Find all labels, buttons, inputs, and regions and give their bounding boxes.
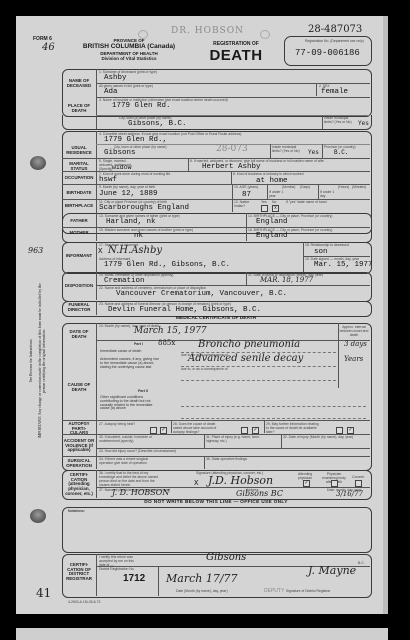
section-label-mother: MOTHER <box>63 231 95 236</box>
part1-label: Part I <box>134 343 143 347</box>
section-label-place: PLACE OF DEATH <box>63 104 95 113</box>
section-label-informant: INFORMANT <box>63 254 95 259</box>
field-label: 29. May further information relating to … <box>266 422 321 434</box>
further-info-yes-checkbox[interactable] <box>336 427 343 434</box>
field-label: If under 1 day <box>320 190 338 198</box>
section-label-registrar: CERTIFI-CATION OF DISTRICT REGISTRAR <box>63 563 95 582</box>
marital-status-value: widow <box>112 164 132 171</box>
field-label: Inside municipal limits? (Yes or No) <box>324 116 354 124</box>
father-name-value: Harland, nk <box>106 218 156 226</box>
interval-b-value: Years <box>344 355 363 363</box>
birthdate-value: June 12, 1889 <box>99 190 158 198</box>
field-label: 33. How did injury occur? (Describe circ… <box>99 449 176 453</box>
sex-value: female <box>321 88 348 96</box>
section-label-father: FATHER <box>63 219 95 224</box>
handwritten-reg-number: 28-487073 <box>308 24 362 35</box>
field-label: 9. Month (by name), day, year of birth <box>99 185 155 189</box>
field-label: 36. I certify that to the best of my kno… <box>99 471 164 487</box>
handwritten-residence-code: 28-073 <box>216 144 248 154</box>
field-label: 28. Does the cause of death stated above… <box>173 422 223 434</box>
section-label-disposition: DISPOSITION <box>63 284 95 289</box>
registration-number-box: Registration No. (Department use only) 7… <box>284 36 372 66</box>
field-label: If "yes" state name of band <box>286 200 326 204</box>
form-title: DEATH <box>196 47 276 64</box>
certification-date-value: 3/16/77 <box>336 490 363 498</box>
district-registration-number: 1712 <box>123 573 145 584</box>
residence-city-value: Gibsons <box>104 149 136 157</box>
field-label: 10. AGE (years) <box>234 185 258 189</box>
next-page-edge <box>16 628 388 640</box>
part2-label: Part II <box>138 390 148 394</box>
mother-name-value: nk <box>134 232 143 240</box>
autopsy-yes-checkbox[interactable] <box>150 427 157 434</box>
field-label: 15. Maiden surname and given names of mo… <box>99 228 193 232</box>
issuer-block: PROVINCE OF BRITISH COLUMBIA (Canada) DE… <box>74 38 184 61</box>
field-label: B.C. <box>358 561 365 565</box>
handwritten-doctor-name: DR. HOBSON <box>171 26 244 36</box>
field-label: 35. State operative findings <box>206 457 247 461</box>
field-label: No <box>272 200 276 204</box>
death-city-value: Gibsons, B.C. <box>128 120 187 128</box>
findings-no-checkbox[interactable]: ✓ <box>252 427 259 434</box>
occupation-value: hswf <box>99 176 117 184</box>
age-value: 87 <box>242 191 251 199</box>
field-label: 12. Native Indian? <box>234 200 252 208</box>
physician-address-value: Gibsons BC <box>236 489 283 498</box>
residence-inside-value: Yes <box>308 149 319 156</box>
binder-hole <box>30 156 46 170</box>
field-label: Date (Month (by name), day, year) <box>176 589 228 593</box>
punch-mark <box>260 30 270 39</box>
notations-label: Notations: <box>68 509 85 513</box>
coroner-checkbox[interactable] <box>355 480 362 487</box>
disposition-date-value: MAR. 18, 1977 <box>260 276 313 284</box>
registrar-signature: J. Mayne <box>308 564 356 577</box>
spouse-name-value: Herbert Ashby <box>202 163 261 171</box>
margin-note-important: IMPORTANT: Any change or correction made… <box>38 281 47 441</box>
field-label: (Months) <box>282 185 295 189</box>
physician-signature: J.D. Hobson <box>208 474 273 487</box>
cemetery-value: Vancouver Crematorium, Vancouver, B.C. <box>116 290 287 298</box>
further-info-no-checkbox[interactable]: ✓ <box>347 427 354 434</box>
native-no-checkbox[interactable]: x <box>272 205 279 212</box>
birthplace-value: Scarboroughs England <box>99 204 189 212</box>
native-yes-checkbox[interactable] <box>261 205 268 212</box>
place-of-death-value: 1779 Glen Rd. <box>112 102 171 110</box>
handwritten-margin-number: 963 <box>28 246 43 255</box>
inside-limits-value: Yes <box>358 120 369 127</box>
funeral-director-value: Devlin Funeral Home, Gibsons, B.C. <box>108 306 261 314</box>
other-conditions-label: Other significant conditions contributin… <box>100 396 160 411</box>
registration-date-value: March 17/77 <box>166 572 238 585</box>
field-label: 18. Relationship to deceased <box>305 243 349 247</box>
interval-a-value: 3 days <box>344 340 367 348</box>
section-label-name: NAME OF DECEASED <box>63 79 95 88</box>
province-name: BRITISH COLUMBIA (Canada) <box>74 43 184 50</box>
notations-box <box>62 507 372 553</box>
residence-province-value: B.C. <box>334 149 348 156</box>
field-label: due to, or as a consequence of <box>181 367 228 371</box>
death-registration-form: FORM 6 46 PROVINCE OF BRITISH COLUMBIA (… <box>16 16 388 614</box>
field-label: Yes <box>261 200 267 204</box>
informant-signature: N.H.Ashby <box>108 245 162 256</box>
office-use-line: DO NOT WRITE BELOW THIS LINE — OFFICE US… <box>62 500 370 505</box>
division: Division of Vital Statistics <box>74 56 184 61</box>
section-label-date-of-death: DATE OF DEATH <box>63 330 95 339</box>
informant-signature-mark: X <box>98 248 103 256</box>
residence-address-value: 1779 Glen Rd., <box>104 136 167 144</box>
part1-note: 885x <box>158 339 175 347</box>
field-label: Coroner <box>352 475 364 479</box>
field-label: 31. Place of injury (e.g. home, farm, hi… <box>206 435 261 443</box>
field-label: (Days) <box>300 185 310 189</box>
father-birthplace-value: England <box>256 218 288 226</box>
field-label: 8. Kind of business or industry in which… <box>233 172 304 176</box>
field-label: 34. If there was a recent surgical opera… <box>99 457 159 465</box>
section-label-birthplace: BIRTHPLACE <box>63 204 95 209</box>
field-label: (Minutes) <box>352 185 366 189</box>
punch-mark <box>138 30 148 39</box>
section-label-accident: ACCIDENT OR VIOLENCE (If applicable) <box>63 439 95 453</box>
field-label: 27. Autopsy being held? <box>99 422 135 426</box>
binder-hole <box>30 509 46 523</box>
handwritten-left-number: 46 <box>42 42 55 53</box>
cause-a-value: Broncho pneumonia <box>198 339 300 350</box>
registrar-place-value: Gibsons <box>206 552 246 563</box>
death-date-value: March 15, 1977 <box>134 326 207 336</box>
registration-number-label: Registration No. (Department use only) <box>305 39 364 43</box>
deputy-stamp: DEPUTY <box>264 588 284 594</box>
section-label-marital: MARITAL STATUS <box>63 162 95 171</box>
field-label: Inside municipal limits? (Yes or No) <box>272 145 302 153</box>
field-label: 30. If accident, suicide, homicide or un… <box>99 435 159 443</box>
title-block: REGISTRATION OF DEATH <box>196 41 276 64</box>
informant-address-value: 1779 Glen Rd., Gibsons, B.C. <box>104 261 230 269</box>
cause-b-value: Advanced senile decay <box>188 353 303 364</box>
section-label-funeral: FUNERAL DIRECTOR <box>63 303 95 312</box>
physician-name-value: J. D. HOBSON <box>112 488 169 497</box>
field-label: District Registration No. <box>99 567 135 571</box>
margin-instructions: See Reverse for Instructions IMPORTANT: … <box>29 281 47 441</box>
page-edge <box>383 16 388 614</box>
section-label-birthdate: BIRTHDATE <box>63 191 95 196</box>
antecedent-label: Antecedent causes, if any, giving rise t… <box>100 358 160 369</box>
field-label: If under 1 year <box>269 190 287 198</box>
field-label: Signature of District Registrar <box>286 589 330 593</box>
attending-physician-checkbox[interactable]: ✓ <box>303 480 310 487</box>
autopsy-no-checkbox[interactable]: ✓ <box>160 427 167 434</box>
date-signed-value: Mar. 15, 1977 <box>314 261 373 269</box>
handwritten-bottom-number: 41 <box>36 586 51 600</box>
surname-value: Ashby <box>104 74 127 82</box>
section-label-residence: USUAL RESIDENCE <box>63 146 95 155</box>
section-label-certification: CERTIFI-CATION (attending physician, cor… <box>63 473 95 496</box>
findings-yes-checkbox[interactable] <box>241 427 248 434</box>
given-names-value: Ada <box>104 88 118 96</box>
section-label-surgical: SURGICAL OPERATION <box>63 459 95 468</box>
disposition-value: Cremation <box>104 277 145 285</box>
registration-number: 77-09-006186 <box>295 48 360 58</box>
medical-certificate-header: MEDICAL CERTIFICATE OF DEATH <box>62 316 370 321</box>
margin-note-reverse: See Reverse for Instructions <box>29 281 34 441</box>
examining-physician-checkbox[interactable] <box>331 480 338 487</box>
section-label-cause: CAUSE OF DEATH <box>63 383 95 392</box>
relationship-value: son <box>314 248 328 256</box>
immediate-cause-label: Immediate cause of death <box>100 350 141 354</box>
field-label: Approx. interval between onset and death <box>339 325 369 337</box>
field-label: (Hours) <box>338 185 349 189</box>
mother-birthplace-value: England <box>256 232 288 240</box>
field-label: Attending physician <box>294 472 316 480</box>
form-code: 4-2603-A.1M-26-8-73 <box>68 600 100 604</box>
field-label: 32. Date of injury (Month (by name), day… <box>283 435 353 439</box>
section-label-occupation: OCCUPATION <box>63 176 95 181</box>
